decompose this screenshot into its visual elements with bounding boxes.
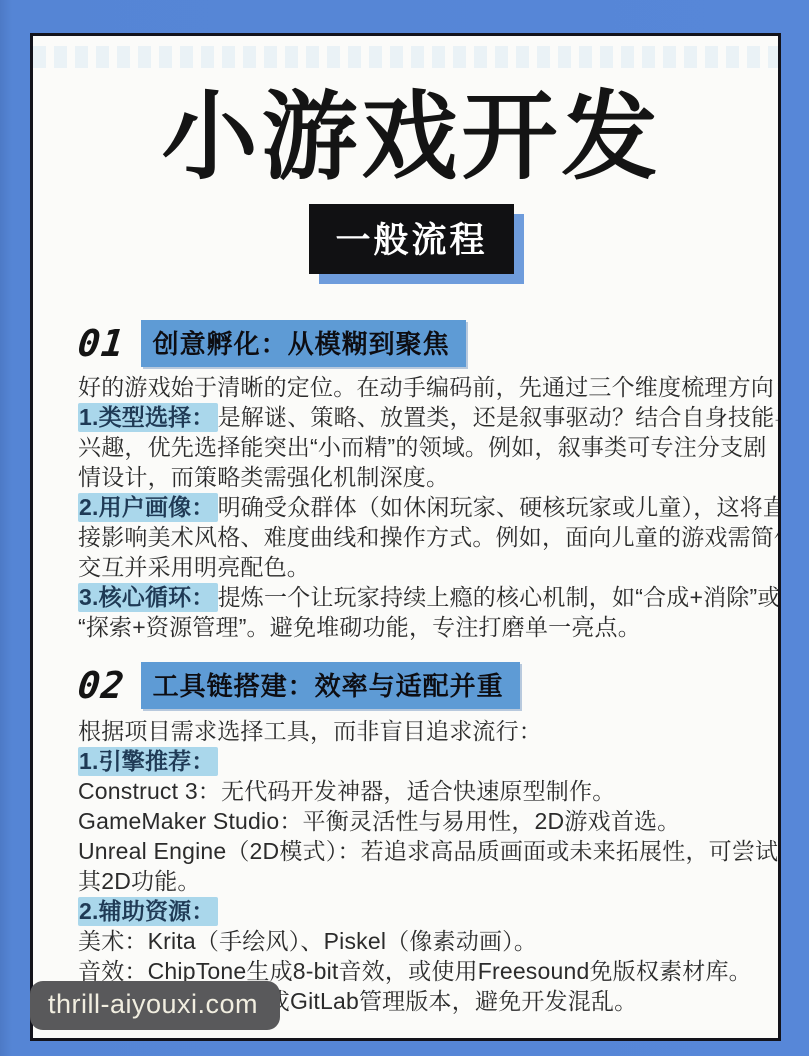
subtitle-badge: 一般流程: [309, 204, 513, 274]
text-segment: GameMaker Studio：平衡灵活性与易用性，2D游戏首选。: [78, 808, 680, 834]
text-line: 其2D功能。: [78, 866, 745, 896]
text-segment: 是解谜、策略、放置类，还是叙事驱动？结合自身技能与: [218, 404, 781, 430]
text-segment: “探索+资源管理”。避免堆砌功能，专注打磨单一亮点。: [78, 614, 641, 640]
text-segment: 根据项目需求选择工具，而非盲目追求流行：: [78, 718, 542, 744]
text-line: “探索+资源管理”。避免堆砌功能，专注打磨单一亮点。: [78, 612, 745, 642]
text-line: 3.核心循环：提炼一个让玩家持续上瘾的核心机制，如“合成+消除”或: [78, 582, 745, 612]
text-line: 情设计，而策略类需强化机制深度。: [78, 462, 745, 492]
highlighted-label: 1.引擎推荐：: [78, 747, 218, 776]
text-line: 美术：Krita（手绘风）、Piskel（像素动画）。: [78, 926, 745, 956]
text-segment: 提炼一个让玩家持续上瘾的核心机制，如“合成+消除”或: [218, 584, 781, 610]
text-line: 兴趣，优先选择能突出“小而精”的领域。例如，叙事类可专注分支剧: [78, 432, 745, 462]
text-segment: 兴趣，优先选择能突出“小而精”的领域。例如，叙事类可专注分支剧: [78, 434, 767, 460]
subtitle-badge-wrap: 一般流程: [78, 204, 745, 274]
highlighted-label: 2.辅助资源：: [78, 897, 218, 926]
section-2-body: 根据项目需求选择工具，而非盲目追求流行：1.引擎推荐：Construct 3：无…: [78, 716, 745, 1016]
text-line: Construct 3：无代码开发神器，适合快速原型制作。: [78, 776, 745, 806]
text-line: 1.引擎推荐：: [78, 746, 745, 776]
text-line: 好的游戏始于清晰的定位。在动手编码前，先通过三个维度梳理方向：: [78, 372, 745, 402]
section-2-title: 工具链搭建：效率与适配并重: [141, 662, 520, 709]
section-1-title: 创意孵化：从模糊到聚焦: [141, 320, 466, 367]
section-1-body: 好的游戏始于清晰的定位。在动手编码前，先通过三个维度梳理方向：1.类型选择：是解…: [78, 372, 745, 642]
section-1-header: 01 创意孵化：从模糊到聚焦: [78, 320, 745, 367]
text-line: 2.辅助资源：: [78, 896, 745, 926]
text-segment: 明确受众群体（如休闲玩家、硬核玩家或儿童），这将直: [218, 494, 781, 520]
text-segment: 其2D功能。: [78, 868, 201, 894]
faded-top-stripe-pattern: [33, 46, 778, 68]
text-line: 交互并采用明亮配色。: [78, 552, 745, 582]
highlighted-label: 2.用户画像：: [78, 493, 218, 522]
section-2-number: 02: [76, 664, 127, 707]
text-line: GameMaker Studio：平衡灵活性与易用性，2D游戏首选。: [78, 806, 745, 836]
text-segment: Unreal Engine（2D模式）：若追求高品质画面或未来拓展性，可尝试: [78, 838, 778, 864]
text-segment: Construct 3：无代码开发神器，适合快速原型制作。: [78, 778, 615, 804]
text-line: Unreal Engine（2D模式）：若追求高品质画面或未来拓展性，可尝试: [78, 836, 745, 866]
text-line: 2.用户画像：明确受众群体（如休闲玩家、硬核玩家或儿童），这将直: [78, 492, 745, 522]
poster-page: { "header": { "title": "小游戏开发", "badge":…: [0, 0, 809, 1056]
section-2-header: 02 工具链搭建：效率与适配并重: [78, 662, 745, 709]
highlighted-label: 1.类型选择：: [78, 403, 218, 432]
highlighted-label: 3.核心循环：: [78, 583, 218, 612]
text-segment: 情设计，而策略类需强化机制深度。: [78, 464, 449, 490]
text-line: 根据项目需求选择工具，而非盲目追求流行：: [78, 716, 745, 746]
text-segment: 美术：Krita（手绘风）、Piskel（像素动画）。: [78, 928, 537, 954]
section-1-number: 01: [76, 322, 127, 365]
text-segment: 好的游戏始于清晰的定位。在动手编码前，先通过三个维度梳理方向：: [78, 374, 781, 400]
text-segment: 接影响美术风格、难度曲线和操作方式。例如，面向儿童的游戏需简化: [78, 524, 781, 550]
text-line: 接影响美术风格、难度曲线和操作方式。例如，面向儿童的游戏需简化: [78, 522, 745, 552]
poster-card: 小游戏开发 一般流程 01 创意孵化：从模糊到聚焦 好的游戏始于清晰的定位。在动…: [30, 33, 781, 1041]
text-line: 1.类型选择：是解谜、策略、放置类，还是叙事驱动？结合自身技能与: [78, 402, 745, 432]
subtitle-badge-label: 一般流程: [309, 204, 513, 274]
watermark-badge: thrill-aiyouxi.com: [30, 981, 280, 1030]
text-segment: 交互并采用明亮配色。: [78, 554, 310, 580]
page-title: 小游戏开发: [78, 86, 745, 190]
